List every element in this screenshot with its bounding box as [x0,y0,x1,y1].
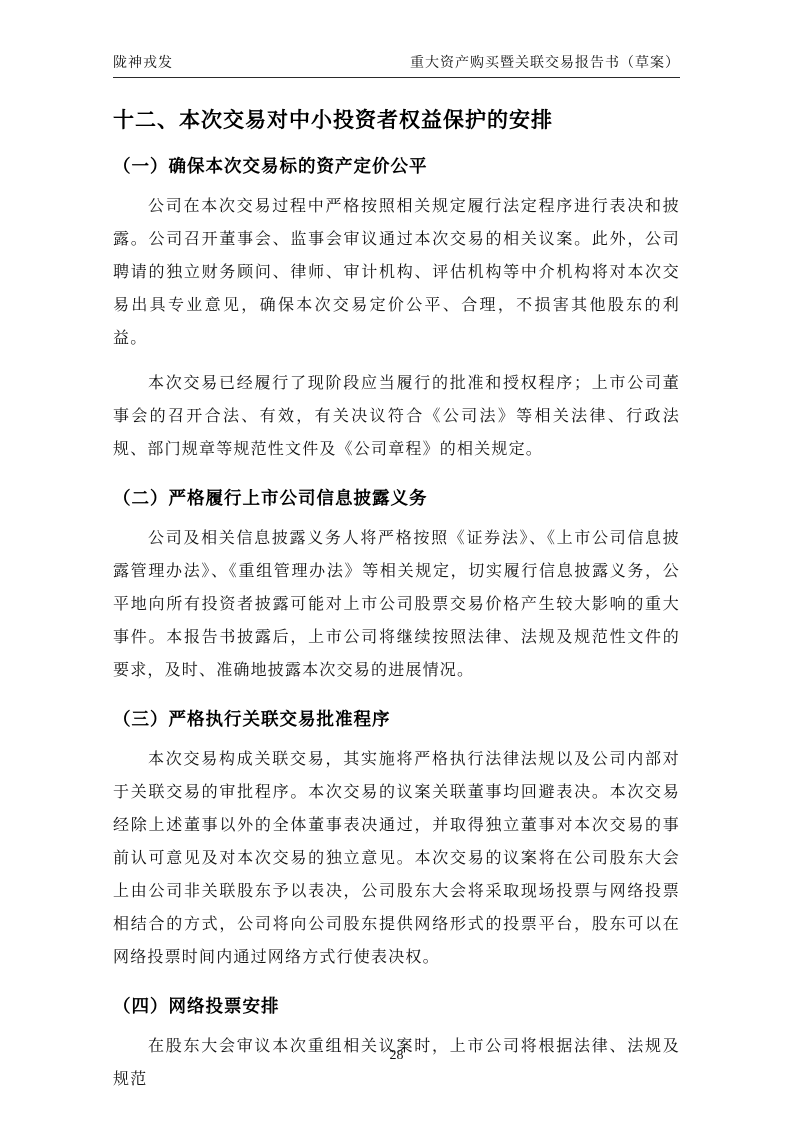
paragraph: 公司在本次交易过程中严格按照相关规定履行法定程序进行表决和披露。公司召开董事会、… [113,190,680,355]
header-report-title: 重大资产购买暨关联交易报告书（草案） [410,52,680,72]
paragraph: 公司及相关信息披露义务人将严格按照《证券法》、《上市公司信息披露管理办法》、《重… [113,522,680,687]
document-page: 陇神戎发 重大资产购买暨关联交易报告书（草案） 十二、本次交易对中小投资者权益保… [0,0,793,1122]
paragraph: 本次交易已经履行了现阶段应当履行的批准和授权程序；上市公司董事会的召开合法、有效… [113,367,680,466]
page-title: 十二、本次交易对中小投资者权益保护的安排 [113,108,680,134]
section-heading-1: （一）确保本次交易标的资产定价公平 [113,156,680,178]
section-heading-3: （三）严格执行关联交易批准程序 [113,709,680,731]
section-heading-4: （四）网络投票安排 [113,996,680,1018]
page-number: 28 [0,1048,793,1064]
header-company-name: 陇神戎发 [113,52,173,72]
page-header: 陇神戎发 重大资产购买暨关联交易报告书（草案） [113,52,680,78]
section-heading-2: （二）严格履行上市公司信息披露义务 [113,488,680,510]
paragraph: 本次交易构成关联交易，其实施将严格执行法律法规以及公司内部对于关联交易的审批程序… [113,743,680,974]
